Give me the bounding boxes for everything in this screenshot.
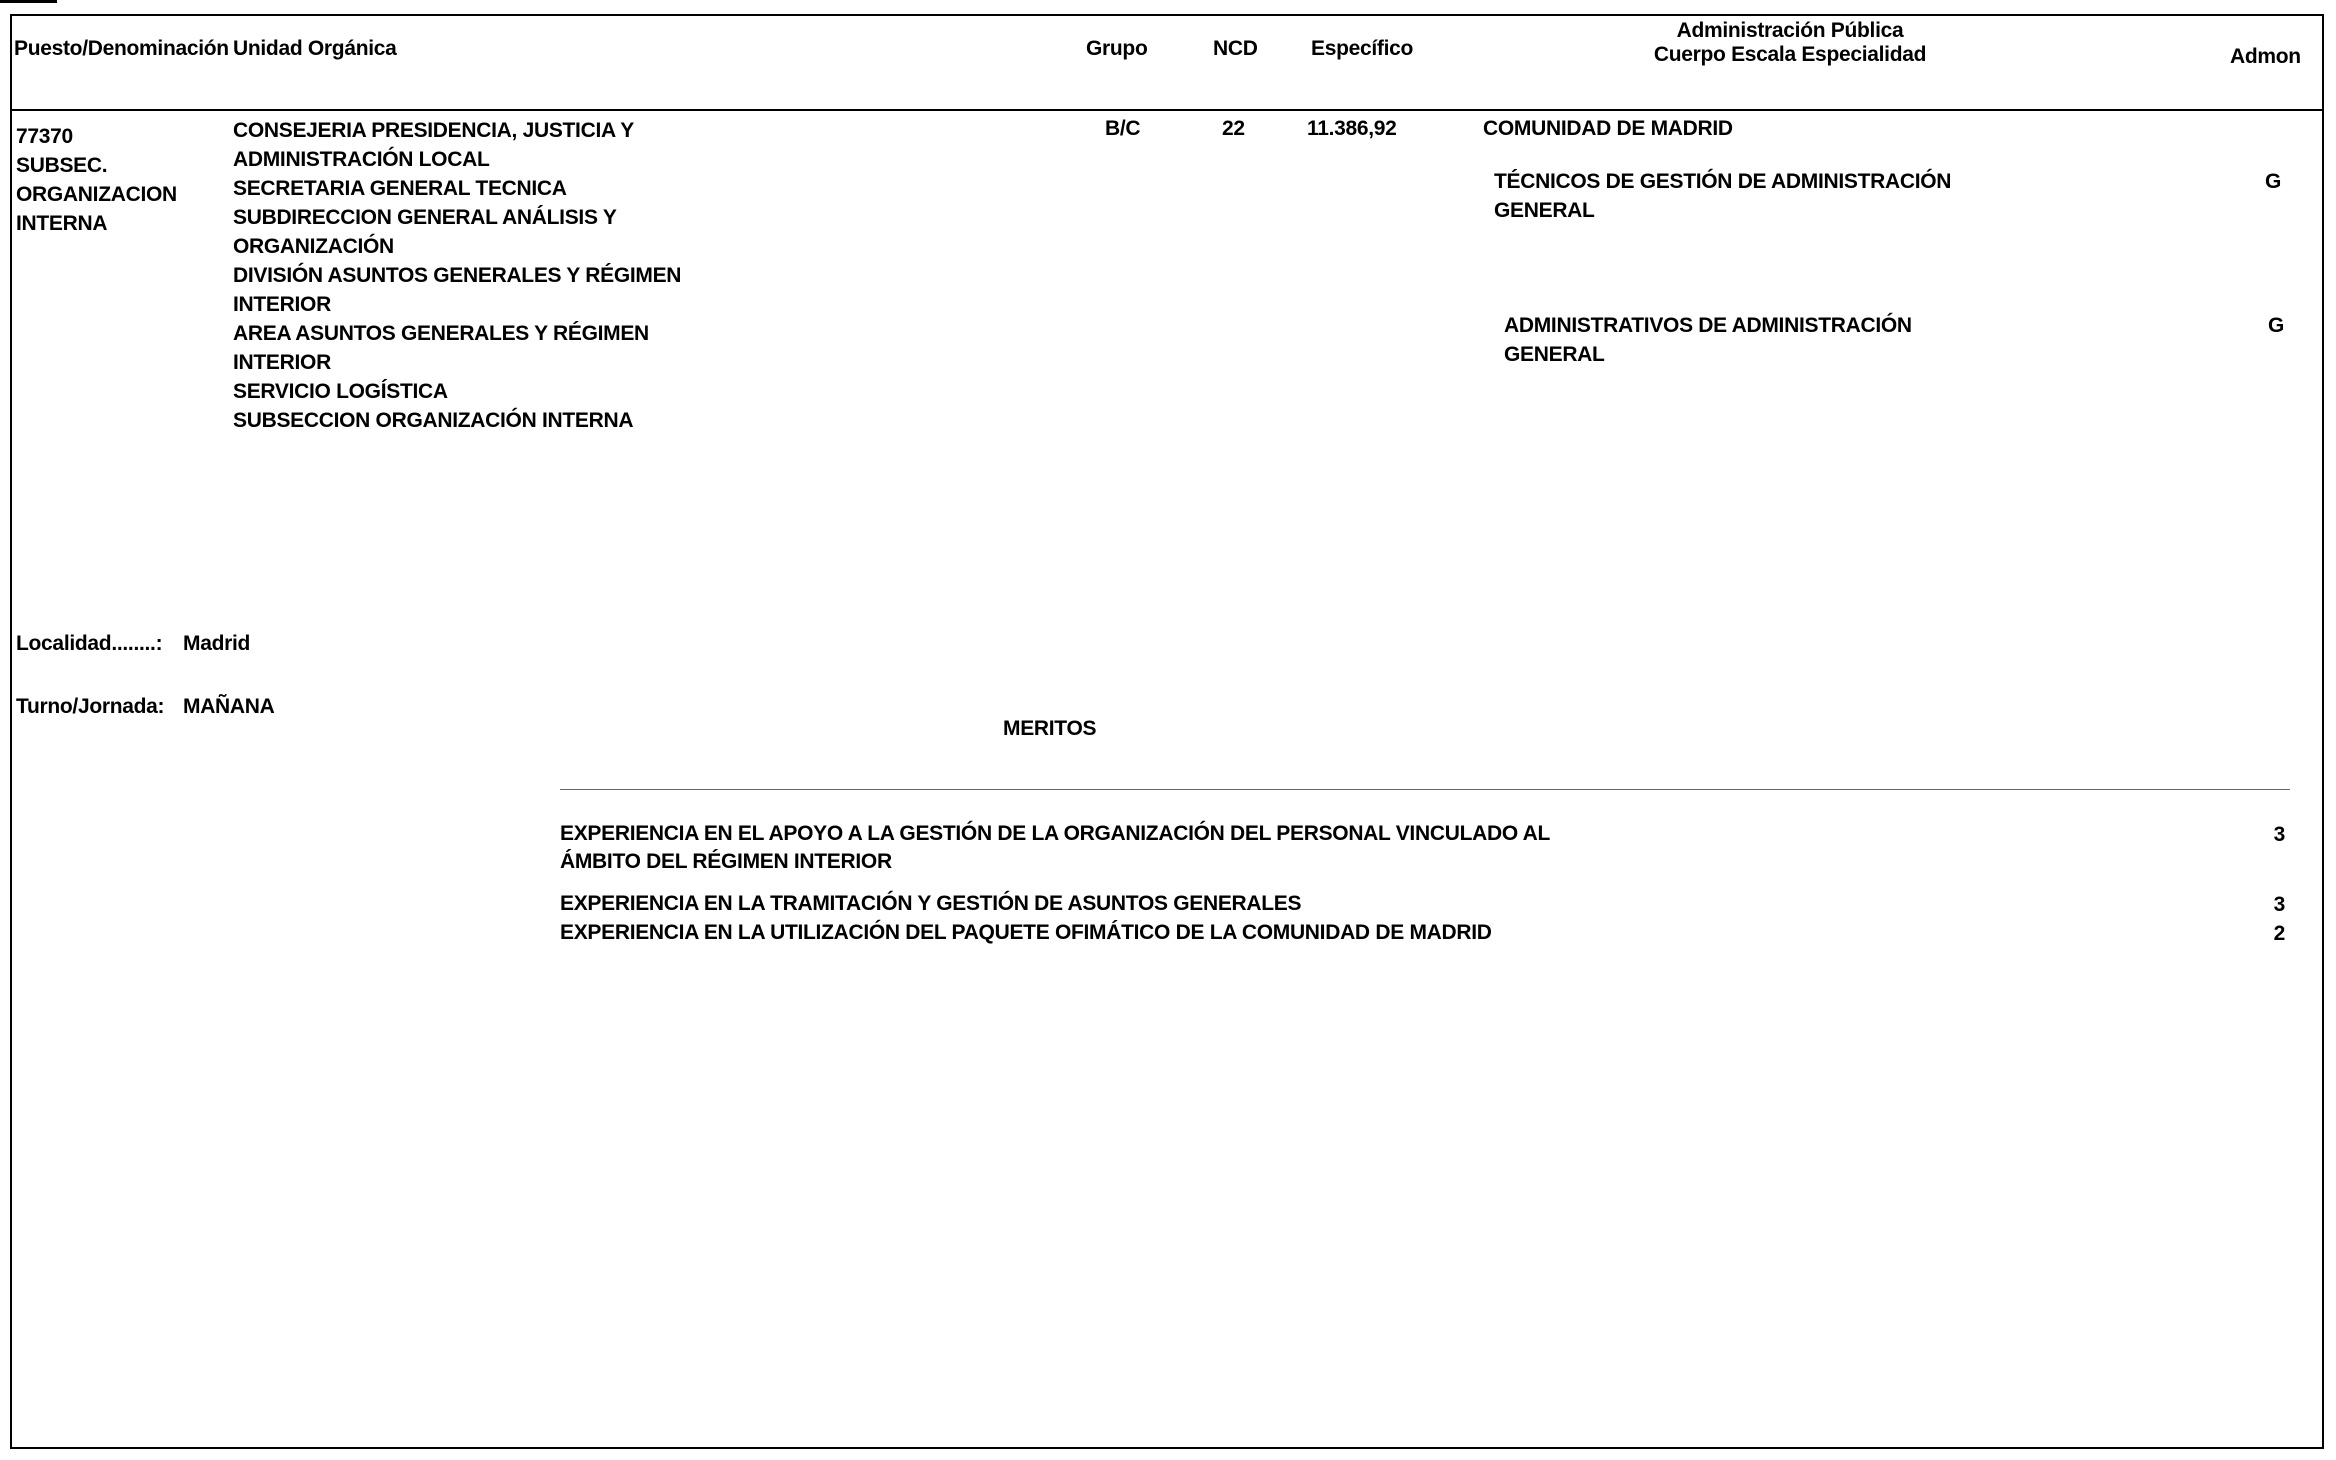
header-unidad-organica: Unidad Orgánica	[233, 34, 397, 63]
cuerpo-nombre: ADMINISTRATIVOS DE ADMINISTRACIÓN GENERA…	[1504, 311, 1994, 369]
cuerpo-row: ADMINISTRATIVOS DE ADMINISTRACIÓN GENERA…	[0, 311, 2336, 369]
meritos-separator-rule	[560, 789, 2290, 790]
meritos-title: MERITOS	[1003, 714, 1096, 743]
unidad-organica-line: CONSEJERIA PRESIDENCIA, JUSTICIA Y ADMIN…	[233, 116, 703, 174]
header-administracion-publica-line1: Administración Pública	[1570, 19, 2010, 43]
header-ncd: NCD	[1213, 34, 1258, 63]
cell-ncd: 22	[1222, 114, 1245, 143]
cuerpo-admon: G	[2265, 167, 2281, 196]
header-especifico: Específico	[1311, 34, 1413, 63]
merito-row: EXPERIENCIA EN EL APOYO A LA GESTIÓN DE …	[0, 820, 2336, 876]
merito-texto: EXPERIENCIA EN LA TRAMITACIÓN Y GESTIÓN …	[560, 890, 1620, 918]
merito-puntos: 3	[2245, 820, 2285, 849]
merito-row: EXPERIENCIA EN LA TRAMITACIÓN Y GESTIÓN …	[0, 890, 2336, 918]
header-admon: Admon	[2230, 42, 2301, 71]
cell-especifico: 11.386,92	[1307, 114, 1397, 143]
header-cuerpo-escala-especialidad: Cuerpo Escala Especialidad	[1570, 43, 2010, 67]
cuerpo-admon: G	[2268, 311, 2284, 340]
puesto-codigo: 77370	[16, 122, 192, 151]
cell-grupo: B/C	[1105, 114, 1140, 143]
turno-jornada-value: MAÑANA	[183, 692, 275, 721]
merito-puntos: 2	[2245, 919, 2285, 948]
unidad-organica-line: SERVICIO LOGÍSTICA	[233, 377, 703, 406]
localidad-value: Madrid	[183, 629, 250, 658]
merito-texto: EXPERIENCIA EN EL APOYO A LA GESTIÓN DE …	[560, 820, 1620, 876]
top-edge-line	[0, 0, 57, 3]
cuerpo-row: TÉCNICOS DE GESTIÓN DE ADMINISTRACIÓN GE…	[0, 167, 2336, 225]
cell-unidad-organica: CONSEJERIA PRESIDENCIA, JUSTICIA Y ADMIN…	[233, 116, 703, 435]
cuerpo-nombre: TÉCNICOS DE GESTIÓN DE ADMINISTRACIÓN GE…	[1494, 167, 1984, 225]
merito-puntos: 3	[2245, 890, 2285, 919]
turno-jornada-label: Turno/Jornada:	[16, 692, 164, 721]
unidad-organica-line: SUBSECCION ORGANIZACIÓN INTERNA	[233, 406, 703, 435]
merito-texto: EXPERIENCIA EN LA UTILIZACIÓN DEL PAQUET…	[560, 919, 1620, 947]
header-administracion-publica: Administración Pública Cuerpo Escala Esp…	[1570, 19, 2010, 67]
cell-administracion-publica: COMUNIDAD DE MADRID	[1483, 114, 1733, 143]
merito-row: EXPERIENCIA EN LA UTILIZACIÓN DEL PAQUET…	[0, 919, 2336, 947]
header-puesto-denominacion: Puesto/Denominación	[14, 34, 229, 63]
header-grupo: Grupo	[1086, 34, 1148, 63]
header-separator-rule	[10, 109, 2324, 111]
document-page: Puesto/Denominación Unidad Orgánica Grup…	[0, 0, 2336, 1460]
localidad-label: Localidad........:	[16, 629, 162, 658]
